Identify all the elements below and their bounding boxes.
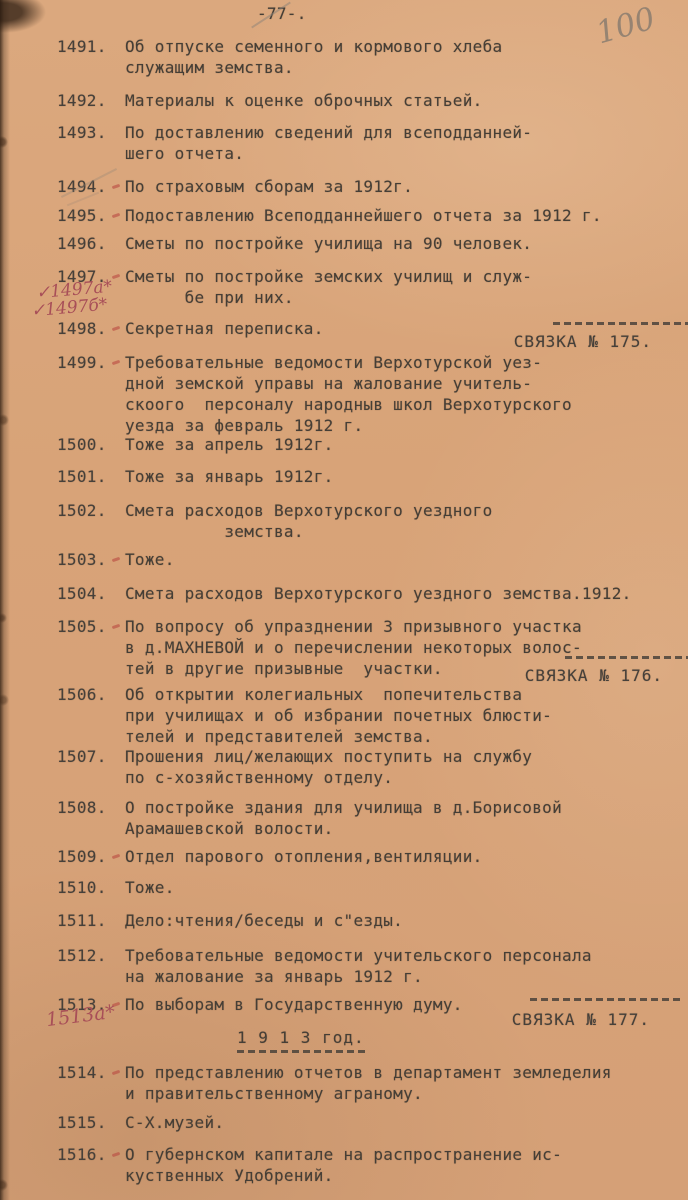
red-check-mark (112, 274, 121, 279)
entry-text: О постройке здания для училища в д.Борис… (125, 797, 670, 839)
entry-text: Об отпуске семенного и кормового хлеба с… (125, 36, 670, 78)
red-check-mark (112, 1152, 121, 1157)
entry-text: Смета расходов Верхотурского уездного зе… (125, 500, 670, 542)
entry-number: 1515. (57, 1112, 107, 1133)
bundle-label: СВЯЗКА № 177. (512, 1010, 650, 1029)
dashed-rule (553, 322, 688, 325)
entry-number: 1506. (57, 684, 107, 705)
entry-number: 1503. (57, 549, 107, 570)
red-check-mark (112, 1070, 121, 1075)
entry-text: Материалы к оценке оброчных статьей. (125, 90, 670, 111)
bundle-label: СВЯЗКА № 176. (525, 666, 663, 685)
entry-text: По страховым сборам за 1912г. (125, 176, 670, 197)
entry-number: 1516. (57, 1144, 107, 1165)
entry-text: Об открытии колегиальных попечительства … (125, 684, 670, 747)
entry-number: 1491. (57, 36, 107, 57)
entry-text: Тоже за январь 1912г. (125, 466, 670, 487)
entry-text: По доставлению сведений для всеподданней… (125, 122, 670, 164)
entry-number: 1499. (57, 352, 107, 373)
entry-number: 1501. (57, 466, 107, 487)
entry-text: Требовательные ведомости учительского пе… (125, 945, 670, 987)
red-check-mark (112, 326, 121, 331)
red-check-mark (112, 624, 121, 629)
entry-text: По представлению отчетов в департамент з… (125, 1062, 670, 1104)
entry-number: 1492. (57, 90, 107, 111)
entry-text: Дело:чтения/беседы и с"езды. (125, 910, 670, 931)
entry-number: 1511. (57, 910, 107, 931)
entry-text: Тоже. (125, 877, 670, 898)
entry-text: Отдел парового отопления,вентиляции. (125, 846, 670, 867)
entry-number: 1514. (57, 1062, 107, 1083)
red-check-mark (112, 360, 121, 365)
red-check-mark (112, 184, 121, 189)
dashed-rule (530, 998, 683, 1001)
red-check-mark (112, 557, 121, 562)
entry-number: 1493. (57, 122, 107, 143)
entry-text: О губернском капитале на распространение… (125, 1144, 670, 1186)
year-section-header: 1 9 1 3 год. (237, 1027, 365, 1048)
entry-number: 1510. (57, 877, 107, 898)
red-check-mark (112, 213, 121, 218)
entry-number: 1512. (57, 945, 107, 966)
entry-text: Сметы по постройке земских училищ и служ… (125, 266, 670, 308)
entry-text: Требовательные ведомости Верхотурской уе… (125, 352, 670, 436)
entry-number: 1507. (57, 746, 107, 767)
entry-text: Тоже. (125, 549, 670, 570)
entry-number: 1504. (57, 583, 107, 604)
bundle-label: СВЯЗКА № 175. (514, 332, 652, 351)
entry-number: 1505. (57, 616, 107, 637)
dashed-rule (565, 656, 688, 659)
entry-number: 1502. (57, 500, 107, 521)
entry-text: Тоже за апрель 1912г. (125, 434, 670, 455)
entry-text: Сметы по постройке училища на 90 человек… (125, 233, 670, 254)
entry-number: 1495. (57, 205, 107, 226)
entry-text: Прошения лиц/желающих поступить на служб… (125, 746, 670, 788)
scanned-document-page: -77-. 100 1491.Об отпуске семенного и ко… (0, 0, 688, 1200)
margin-note-1513a: 1513a* (45, 1001, 116, 1031)
dashed-rule (237, 1050, 365, 1053)
entry-number: 1508. (57, 797, 107, 818)
entry-text: С-Х.музей. (125, 1112, 670, 1133)
entry-text: Подоставлению Всеподданнейшего отчета за… (125, 205, 670, 226)
entry-number: 1509. (57, 846, 107, 867)
entry-number: 1500. (57, 434, 107, 455)
entry-number: 1498. (57, 318, 107, 339)
entry-number: 1496. (57, 233, 107, 254)
red-check-mark (112, 854, 121, 859)
entry-text: Смета расходов Верхотурского уездного зе… (125, 583, 670, 604)
